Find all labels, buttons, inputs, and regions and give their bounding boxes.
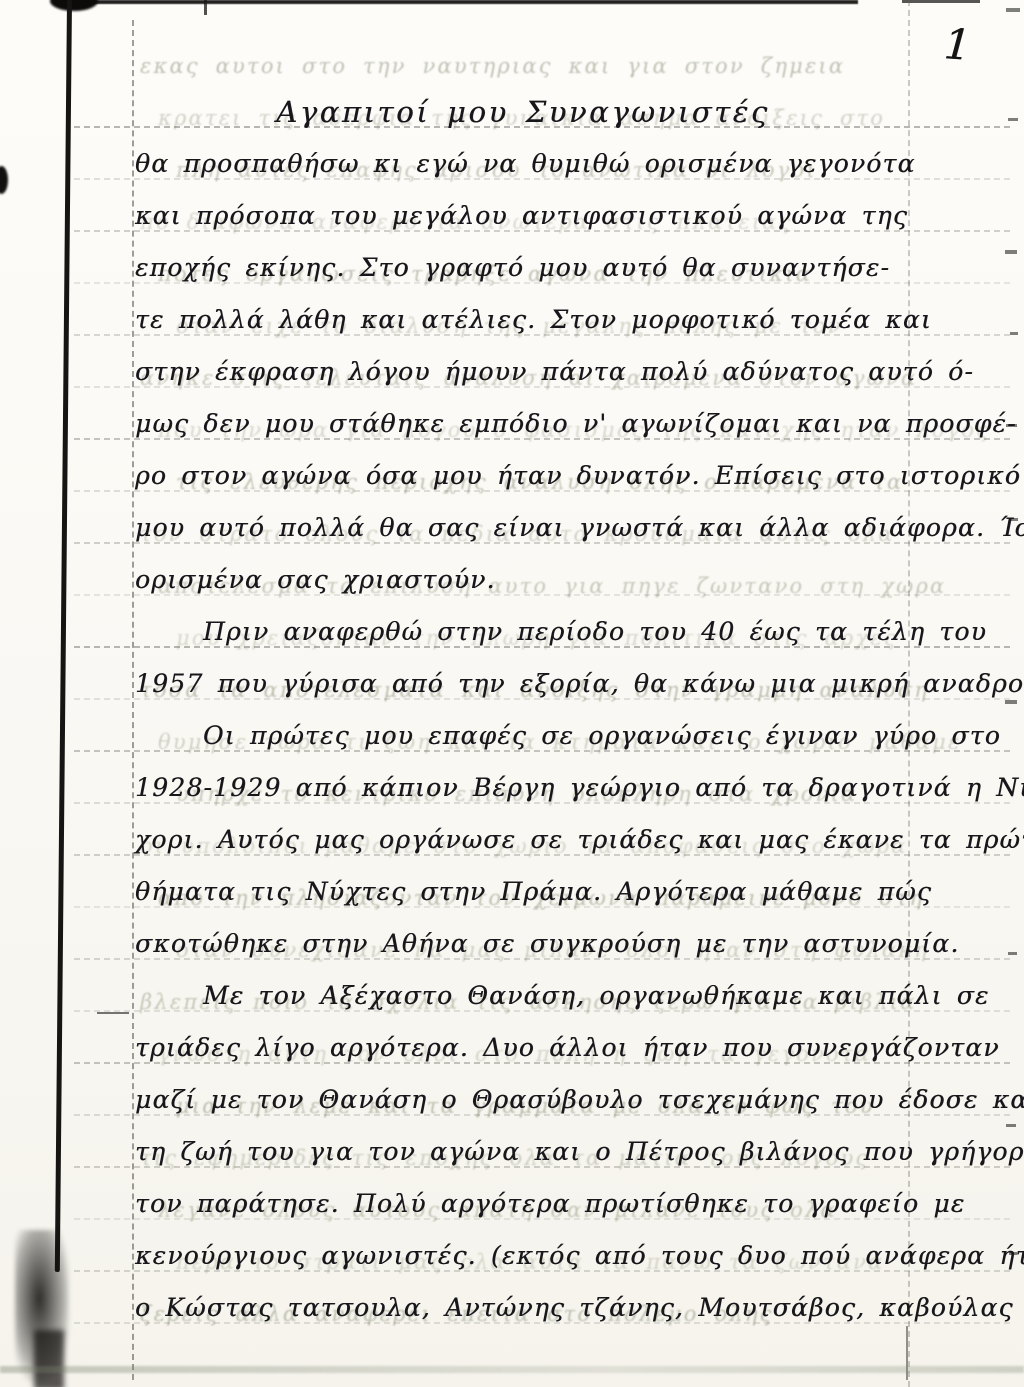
letter-line: τε πολλά λάθη και ατέλιες. Στον μορφοτικ… bbox=[135, 294, 1001, 346]
letter-line: μου αυτό πολλά θα σας είναι γνωστά και ά… bbox=[135, 502, 1001, 554]
letter-line: θα προσπαθήσω κι εγώ να θυμιθώ ορισμένα … bbox=[135, 138, 1001, 190]
scan-top-tick-mark bbox=[204, 0, 207, 15]
letter-line: μως δεν μου στάθηκε εμπόδιο ν' αγωνίζομα… bbox=[135, 398, 1001, 450]
page-number: 1 bbox=[942, 19, 972, 70]
letter-line: μαζί με τον Θανάση ο Θρασύβουλο τσεχεμάν… bbox=[135, 1074, 1001, 1126]
margin-dash-mark bbox=[97, 1012, 129, 1014]
letter-line: Οι πρώτες μου επαφές σε οργανώσεις έγινα… bbox=[135, 710, 1001, 762]
letter-line: σκοτώθηκε στην Αθήνα σε συγκρούση με την… bbox=[135, 918, 1001, 970]
scan-edge-speck bbox=[1005, 700, 1017, 704]
letter-line: 1957 που γύρισα από την εξορία, θα κάνω … bbox=[135, 658, 1001, 710]
letter-lines: θα προσπαθήσω κι εγώ να θυμιθώ ορισμένα … bbox=[135, 138, 1001, 1334]
letter-line: Πριν αναφερθώ στην περίοδο του 40 έως τα… bbox=[135, 606, 1001, 658]
letter-line: τριάδες λίγο αργότερα. Δυο άλλοι ήταν πο… bbox=[135, 1022, 1001, 1074]
letter-line: και πρόσοπα του μεγάλου αντιφασιστικού α… bbox=[135, 190, 1001, 242]
letter-line: εποχής εκίνης. Στο γραφτό μου αυτό θα συ… bbox=[135, 242, 1001, 294]
letter-line: ρο στον αγώνα όσα μου ήταν δυνατόν. Επίσ… bbox=[135, 450, 1001, 502]
scan-edge-speck bbox=[1005, 250, 1017, 254]
letter-line: ορισμένα σας χριαστούν. bbox=[135, 554, 1001, 606]
scan-edge-speck bbox=[1006, 1124, 1016, 1127]
scan-bottom-edge-band bbox=[0, 1366, 1024, 1373]
letter-line: κενούργιους αγωνιστές. (εκτός από τους δ… bbox=[135, 1230, 1001, 1282]
left-edge-ink-spot bbox=[0, 166, 8, 194]
letter-line: θήματα τις Νύχτες στην Πράμα. Αργότερα μ… bbox=[135, 866, 1001, 918]
letter-line: 1928-1929 από κάπιον Βέργη γεώργιο από τ… bbox=[135, 762, 1001, 814]
letter-line: ο Κώστας τατσουλα, Αντώνης τζάνης, Μουτσ… bbox=[135, 1282, 1001, 1334]
book-binding-line bbox=[55, 0, 72, 1272]
letter-salutation: Αγαπιτοί μου Συναγωνιστές bbox=[135, 86, 1001, 138]
scan-edge-speck bbox=[1006, 8, 1020, 12]
scan-top-ink-blob bbox=[50, 0, 98, 11]
binding-bottom-smudge-2 bbox=[34, 1330, 64, 1387]
letter-line: στην έκφραση λόγου ήμουν πάντα πολύ αδύν… bbox=[135, 346, 1001, 398]
letter-line: Με τον Αξέχαστο Θανάση, οργανωθήκαμε και… bbox=[135, 970, 1001, 1022]
handwritten-text-block: Αγαπιτοί μου Συναγωνιστές θα προσπαθήσω … bbox=[135, 86, 1001, 1334]
scanned-page: εκας αυτοι στο την ναυτηριας και για στο… bbox=[0, 0, 1024, 1387]
letter-line: τον παράτησε. Πολύ αργότερα πρωτίσθηκε τ… bbox=[135, 1178, 1001, 1230]
showthrough-line: εκας αυτοι στο την ναυτηριας και για στο… bbox=[140, 54, 1002, 84]
letter-line: τη ζωή του για τον αγώνα και ο Πέτρος βι… bbox=[135, 1126, 1001, 1178]
letter-line: χορι. Αυτός μας οργάνωσε σε τριάδες και … bbox=[135, 814, 1001, 866]
left-margin-rule bbox=[132, 20, 134, 1380]
scan-top-edge-strip-right bbox=[902, 0, 980, 3]
